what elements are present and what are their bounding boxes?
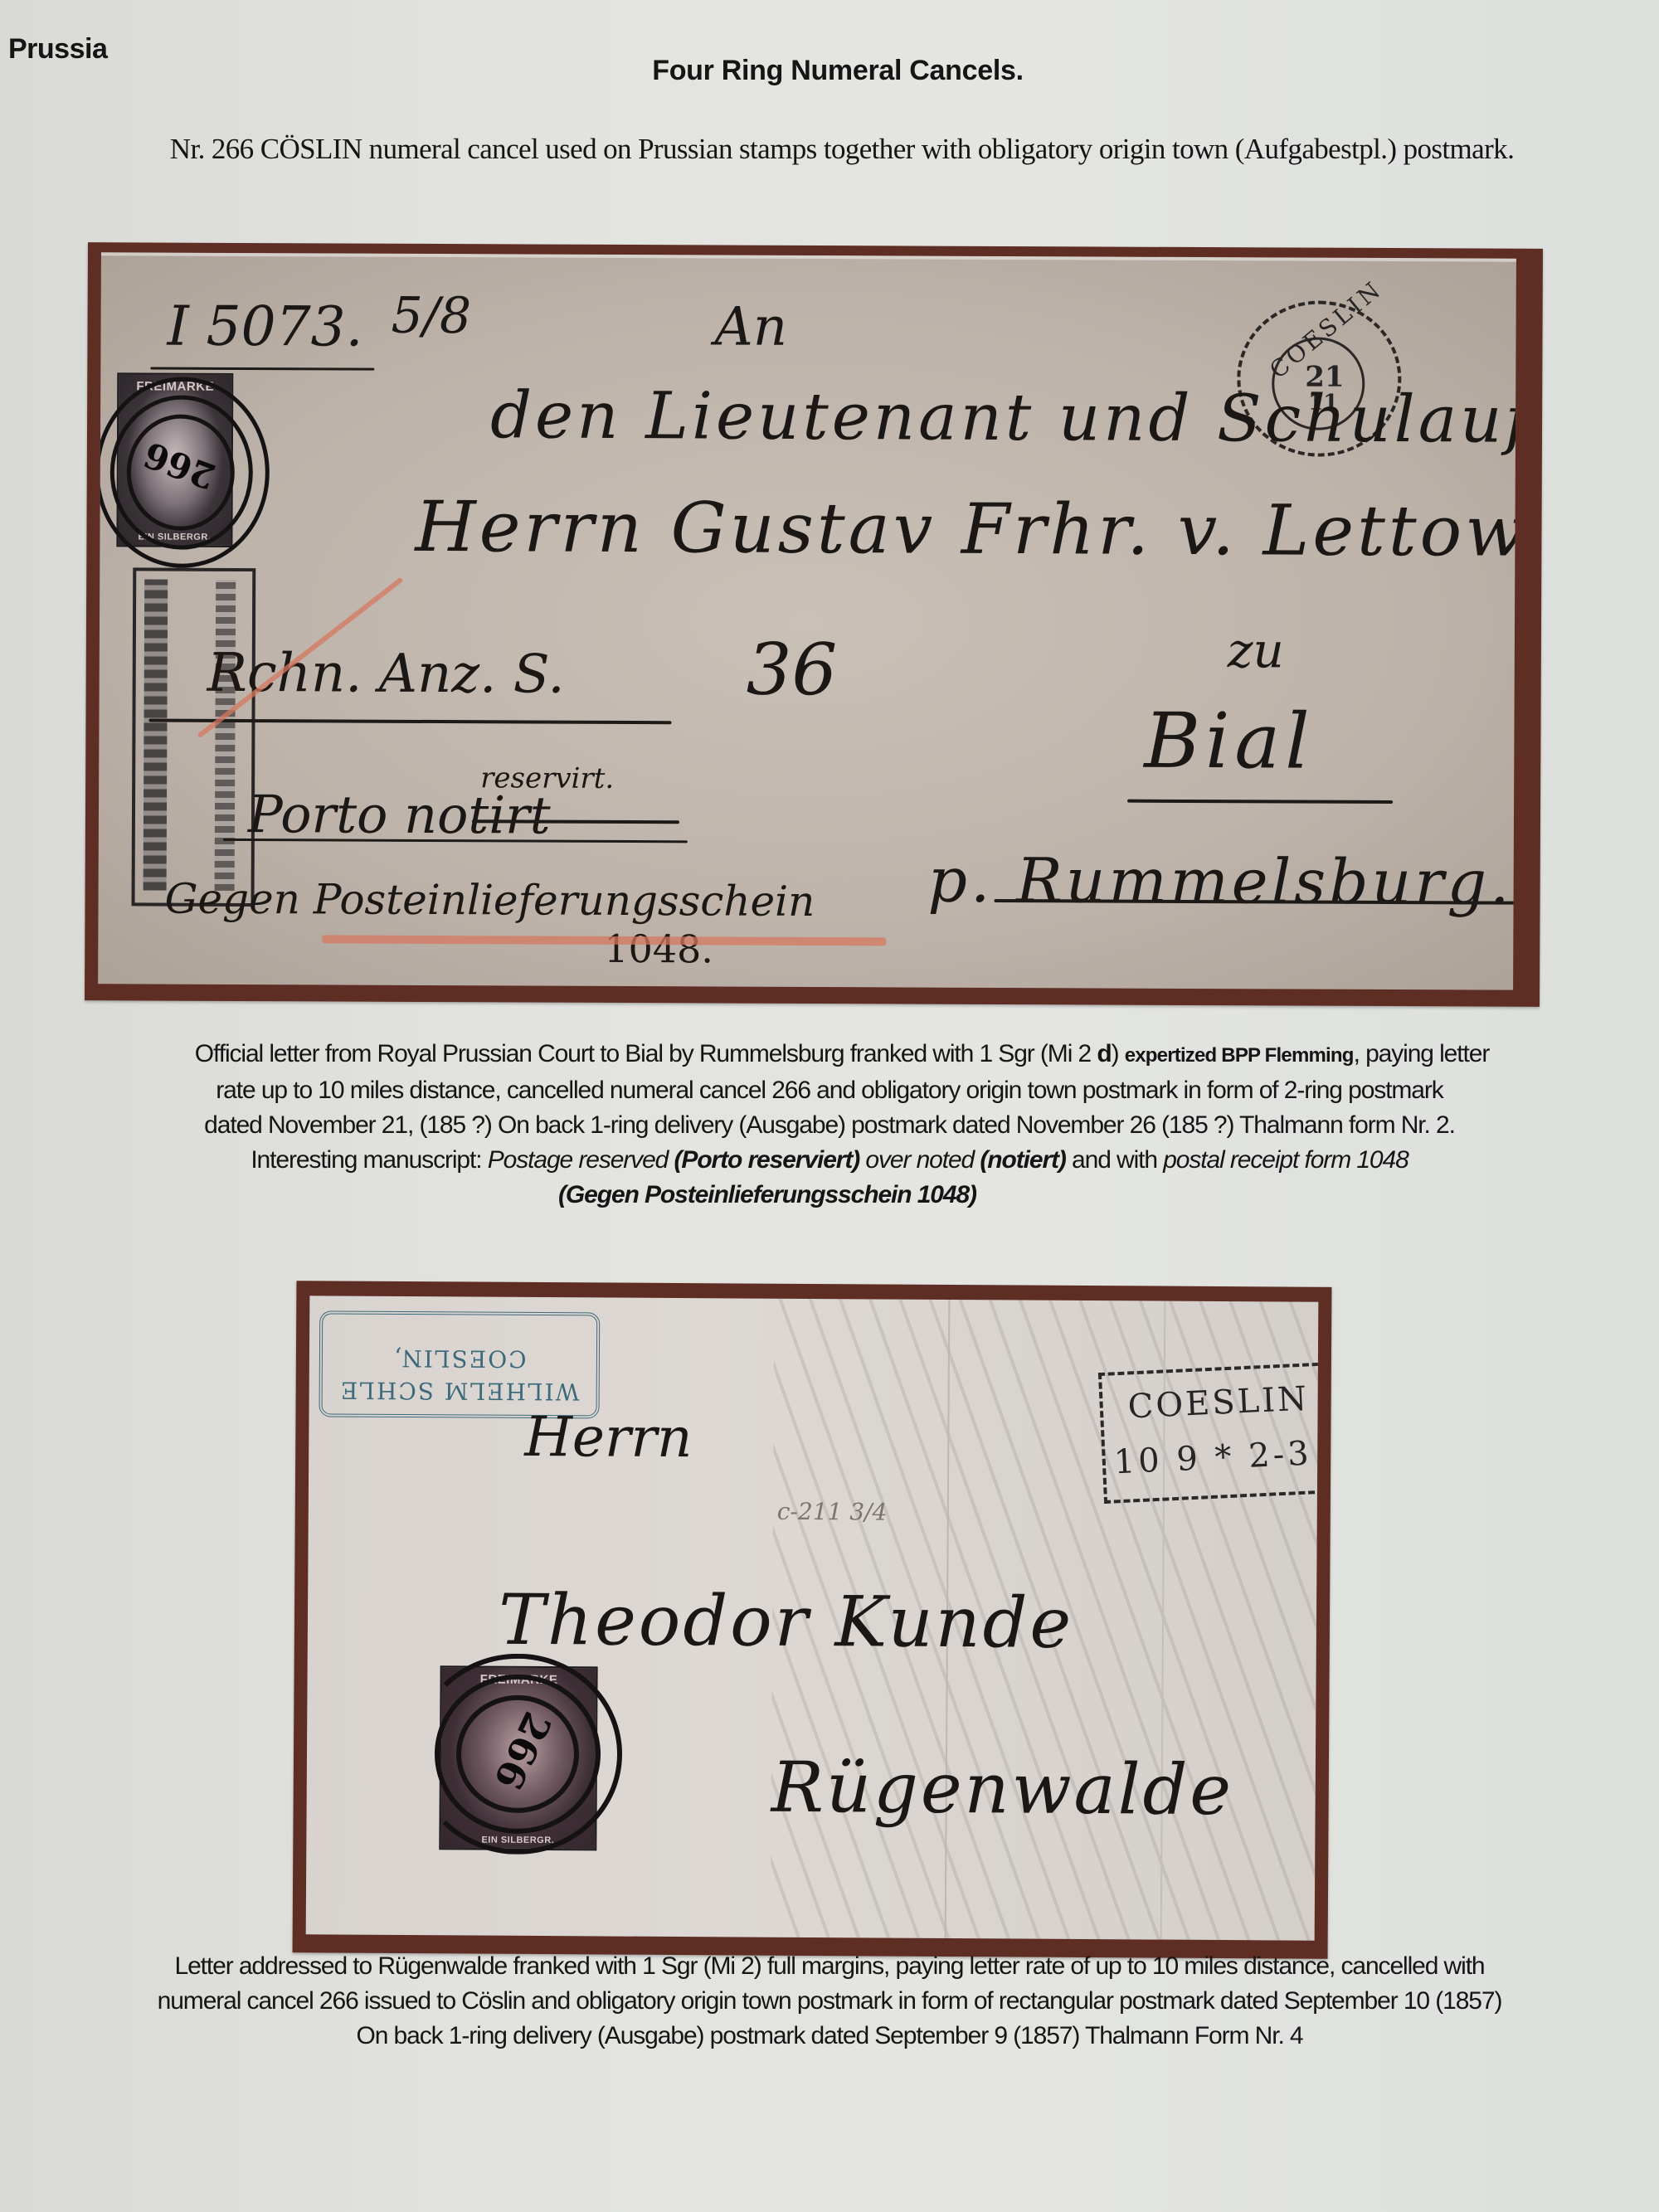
address-line-1: An xyxy=(714,296,787,357)
docket-number: 36 xyxy=(747,629,838,712)
caption-1-line-2: rate up to 10 miles distance, cancelled … xyxy=(0,1073,1659,1108)
caption-1-line-4: Interesting manuscript: Postage reserved… xyxy=(0,1143,1659,1178)
address-name: Theodor Kunde xyxy=(499,1579,1074,1664)
caption-1-line-5: (Gegen Posteinlieferungsschein 1048) xyxy=(0,1178,1659,1213)
registration-note: I 5073. xyxy=(167,294,362,359)
note-1048: 1048. xyxy=(604,926,713,972)
note-porto: Porto notirt xyxy=(248,784,551,846)
underline xyxy=(150,367,374,371)
note-posteinlieferungsschein: Gegen Posteinlieferungsschein xyxy=(164,875,815,926)
address-line-5: Bial xyxy=(1144,697,1315,786)
address-herrn: Herrn xyxy=(524,1405,693,1470)
pencil-note: c-211 3/4 xyxy=(777,1498,888,1526)
address-line-2: den Lieutenant und Schulaufsehern xyxy=(490,378,1516,459)
address-town: Rügenwalde xyxy=(771,1747,1233,1830)
fraction-note: 5/8 xyxy=(391,287,471,345)
cover-1-envelope: I 5073. 5/8 An FREIMARKE EIN SILBERGR. 2… xyxy=(98,252,1516,989)
note-anzeige: Rchn. Anz. S. xyxy=(207,643,565,706)
cover-1-mount: I 5073. 5/8 An FREIMARKE EIN SILBERGR. 2… xyxy=(85,242,1543,1007)
protective-mount-sheen xyxy=(101,252,1516,261)
caption-1-line-1: Official letter from Royal Prussian Cour… xyxy=(0,1037,1659,1073)
address-line-3: Herrn Gustav Frhr. v. Lettow xyxy=(415,486,1516,572)
handstamp-text-smudge xyxy=(215,580,236,891)
rectangular-postmark-coeslin: COESLIN 10 9 * 2-3 xyxy=(1098,1363,1318,1504)
sender-handstamp: WILHELM SCHLE COESLIN, xyxy=(319,1310,600,1418)
address-line-6: p. Rummelsburg. xyxy=(927,845,1512,919)
red-crayon-underline xyxy=(322,935,886,946)
cover-2-letter: WILHELM SCHLE COESLIN, COESLIN 10 9 * 2-… xyxy=(306,1296,1319,1940)
cover-1-description: Official letter from Royal Prussian Cour… xyxy=(0,1037,1659,1213)
intro-text: Nr. 266 CÖSLIN numeral cancel used on Pr… xyxy=(0,133,1659,166)
cover-2-description: Letter addressed to Rügenwalde franked w… xyxy=(0,1949,1659,2054)
caption-2-line-3: On back 1-ring delivery (Ausgabe) postma… xyxy=(0,2019,1659,2054)
cover-2-mount: WILHELM SCHLE COESLIN, COESLIN 10 9 * 2-… xyxy=(293,1281,1332,1959)
handstamp-line-1: WILHELM SCHLE xyxy=(323,1376,596,1405)
postmark-town: COESLIN xyxy=(1127,1379,1310,1426)
caption-2-line-2: numeral cancel 266 issued to Cöslin and … xyxy=(0,1984,1659,2019)
handstamp-line-2: COESLIN, xyxy=(323,1344,596,1373)
address-line-4: zu xyxy=(1228,622,1284,678)
page-title: Four Ring Numeral Cancels. xyxy=(0,55,1659,87)
handstamp-text-smudge xyxy=(144,579,168,890)
caption-1-line-3: dated November 21, (185 ?) On back 1-rin… xyxy=(0,1108,1659,1143)
boxed-handstamp xyxy=(132,567,256,907)
expertization-note: expertized BPP Flemming xyxy=(1125,1044,1354,1067)
underline xyxy=(1127,800,1393,804)
postmark-date: 10 9 * 2-3 xyxy=(1113,1434,1313,1481)
caption-2-line-1: Letter addressed to Rügenwalde franked w… xyxy=(0,1949,1659,1984)
